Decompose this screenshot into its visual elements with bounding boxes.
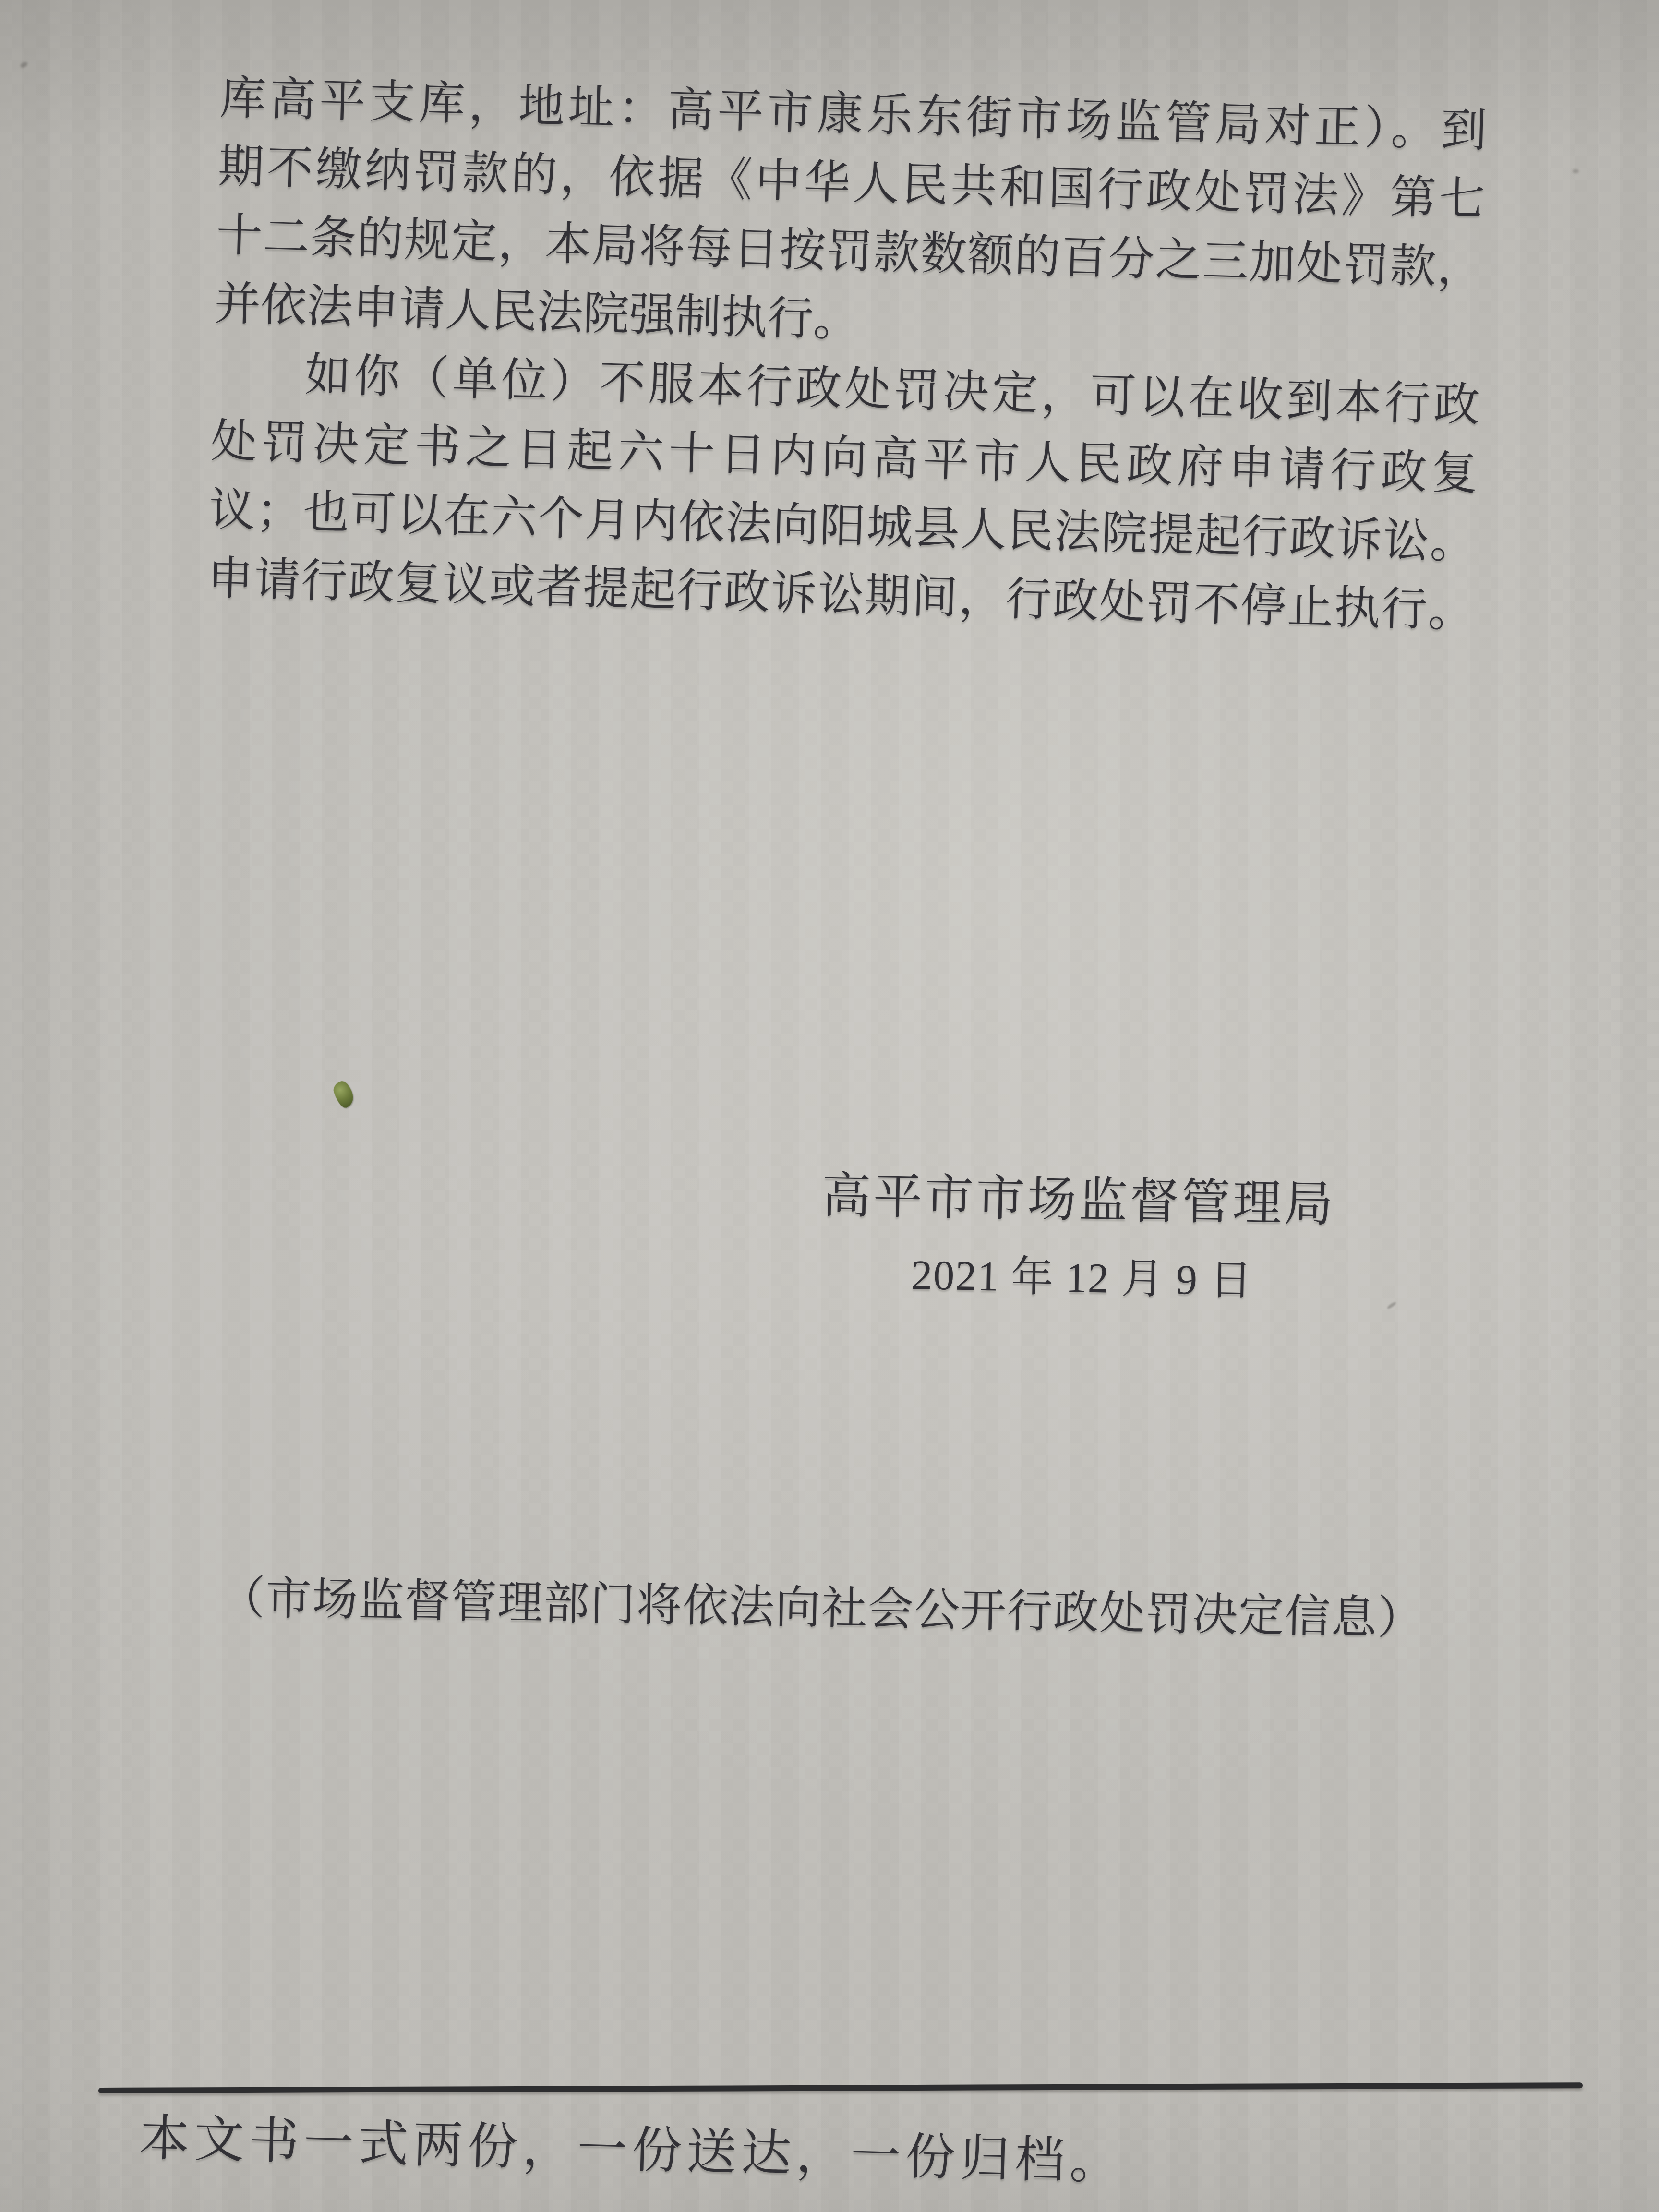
disclosure-note: （市场监督管理部门将依法向社会公开行政处罚决定信息）: [219, 1573, 1424, 1644]
signature-date: 2021 年 12 月 9 日: [820, 1250, 1344, 1307]
signature-agency: 高平市市场监督管理局: [821, 1169, 1346, 1232]
paper-speck: [1386, 1301, 1397, 1310]
paper-page: 库高平支库，地址：高平市康乐东街市场监管局对正）。到 期不缴纳罚款的，依据《中华…: [0, 0, 1659, 2212]
signature-block: 高平市市场监督管理局 2021 年 12 月 9 日: [820, 1169, 1346, 1307]
footer-divider: [98, 2082, 1583, 2093]
paper-speck: [1573, 169, 1579, 173]
body-text-block: 库高平支库，地址：高平市康乐东街市场监管局对正）。到 期不缴纳罚款的，依据《中华…: [206, 63, 1488, 646]
paper-speck: [20, 61, 29, 69]
footer-note: 本文书一式两份，一份送达，一份归档。: [139, 2112, 1125, 2189]
paper-debris-green: [331, 1079, 356, 1110]
